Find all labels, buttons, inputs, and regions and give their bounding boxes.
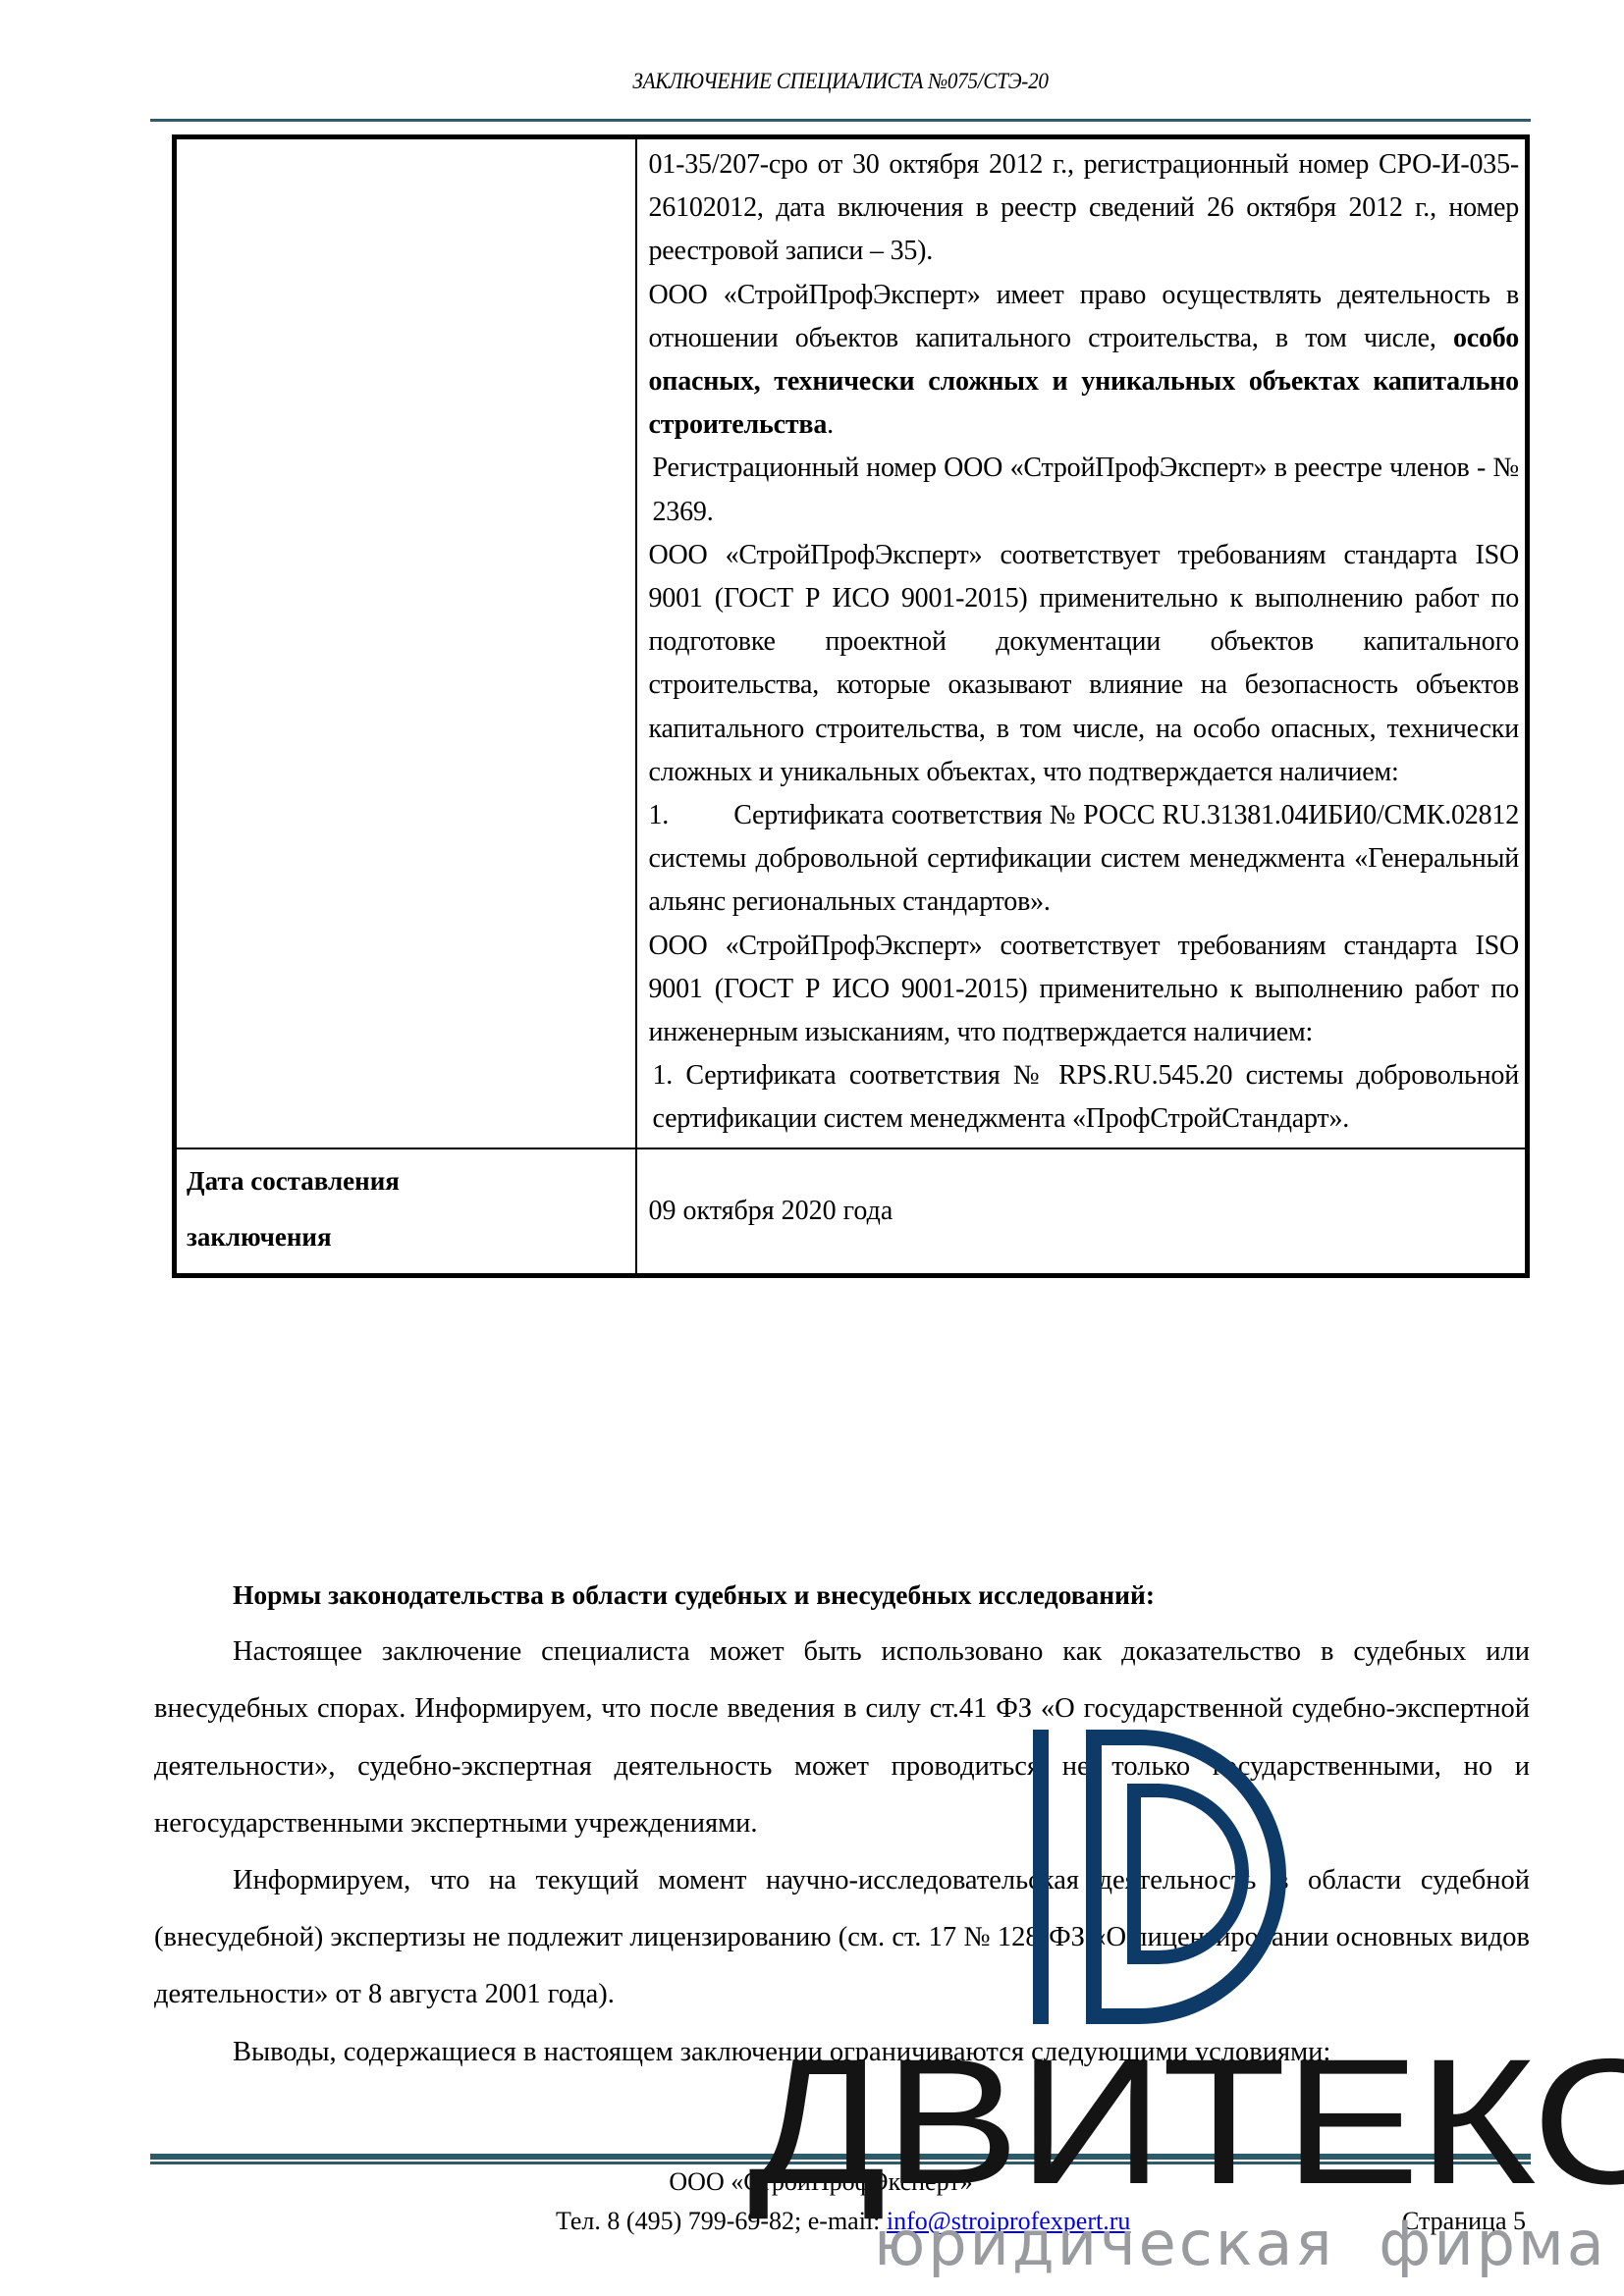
- table-row-date: Дата составления заключения 09 октября 2…: [175, 1148, 1528, 1276]
- organization-paragraph: ООО «СтройПрофЭксперт» соответствует тре…: [649, 534, 1520, 794]
- date-value-cell: 09 октября 2020 года: [636, 1148, 1528, 1276]
- organization-paragraph: 01-35/207-сро от 30 октября 2012 г., рег…: [649, 143, 1520, 274]
- organization-paragraph: 1. Сертификата соответствия № РОСС RU.31…: [649, 794, 1520, 925]
- paragraph-text: 01-35/207-сро от 30 октября 2012 г., рег…: [649, 149, 1520, 266]
- body-paragraph: Настоящее заключение специалиста может б…: [154, 1624, 1530, 1852]
- footer-company-name: ООО «СтройПрофЭксперт»: [150, 2167, 1531, 2197]
- footer-email-link[interactable]: info@stroiprofexpert.ru: [887, 2207, 1131, 2235]
- body-paragraph: Информируем, что на текущий момент научн…: [154, 1852, 1530, 2024]
- paragraph-text: 1. Сертификата соответствия № RPS.RU.545…: [653, 1060, 1520, 1134]
- body-paragraph: Выводы, содержащиеся в настоящем заключе…: [154, 2024, 1530, 2081]
- table-label-cell-empty: [175, 137, 636, 1148]
- paragraph-text: .: [827, 409, 834, 440]
- paragraph-text: ООО «СтройПрофЭксперт» имеет право осуще…: [649, 280, 1520, 353]
- paragraph-text: ООО «СтройПрофЭксперт» соответствует тре…: [649, 931, 1520, 1047]
- section-heading: Нормы законодательства в области судебны…: [154, 1567, 1530, 1624]
- organization-paragraph: 1. Сертификата соответствия № RPS.RU.545…: [649, 1054, 1520, 1141]
- table-row: 01-35/207-сро от 30 октября 2012 г., рег…: [175, 137, 1528, 1148]
- footer-divider-thin: [150, 2162, 1531, 2164]
- footer-phone: Тел. 8 (495) 799-69-82; e-mail:: [556, 2207, 887, 2235]
- date-label-line1: Дата составления: [187, 1153, 627, 1209]
- date-label-cell: Дата составления заключения: [175, 1148, 636, 1276]
- header-divider: [150, 119, 1531, 122]
- organization-paragraph: ООО «СтройПрофЭксперт» имеет право осуще…: [649, 274, 1520, 448]
- paragraph-text: 1. Сертификата соответствия № РОСС RU.31…: [649, 800, 1520, 917]
- organization-paragraph: ООО «СтройПрофЭксперт» соответствует тре…: [649, 925, 1520, 1055]
- footer-contacts: Тел. 8 (495) 799-69-82; e-mail: info@str…: [556, 2207, 1130, 2236]
- document-title: ЗАКЛЮЧЕНИЕ СПЕЦИАЛИСТА №075/СТЭ-20: [632, 69, 1048, 94]
- legal-norms-section: Нормы законодательства в области судебны…: [154, 1567, 1530, 2081]
- paragraph-text: Регистрационный номер ООО «СтройПрофЭксп…: [653, 453, 1520, 526]
- organization-paragraph: Регистрационный номер ООО «СтройПрофЭксп…: [649, 447, 1520, 533]
- specialist-info-table: 01-35/207-сро от 30 октября 2012 г., рег…: [172, 134, 1530, 1278]
- organization-details-cell: 01-35/207-сро от 30 октября 2012 г., рег…: [636, 137, 1528, 1148]
- footer-divider-thick: [150, 2154, 1531, 2160]
- date-label-line2: заключения: [187, 1209, 627, 1265]
- page-header: ЗАКЛЮЧЕНИЕ СПЕЦИАЛИСТА №075/СТЭ-20: [150, 69, 1531, 94]
- page-number: Страница 5: [1402, 2207, 1526, 2236]
- paragraph-text: ООО «СтройПрофЭксперт» соответствует тре…: [649, 540, 1520, 787]
